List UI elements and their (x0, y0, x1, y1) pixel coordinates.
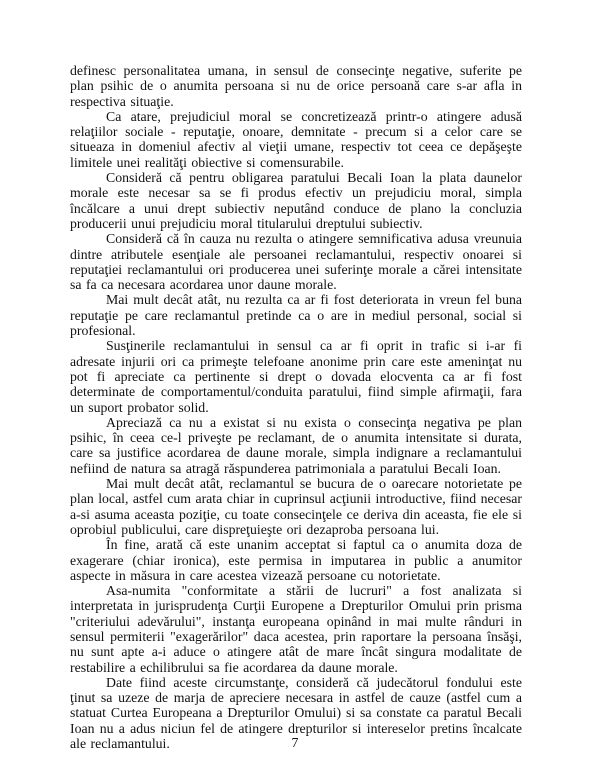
document-page: definesc personalitatea umana, in sensul… (0, 0, 590, 764)
text-block: definesc personalitatea umana, in sensul… (70, 63, 522, 751)
paragraph: Ca atare, prejudiciul moral se concretiz… (70, 109, 522, 170)
paragraph: Consideră că în cauza nu rezulta o ating… (70, 231, 522, 292)
page-number: 7 (0, 735, 590, 751)
paragraph: Mai mult decât atât, reclamantul se bucu… (70, 476, 522, 537)
paragraph: Apreciază ca nu a existat si nu exista o… (70, 415, 522, 476)
paragraph: Mai mult decât atât, nu rezulta ca ar fi… (70, 292, 522, 338)
paragraph: În fine, arată că este unanim acceptat s… (70, 537, 522, 583)
paragraph: Susţinerile reclamantului in sensul ca a… (70, 338, 522, 414)
paragraph: definesc personalitatea umana, in sensul… (70, 63, 522, 109)
paragraph: Consideră că pentru obligarea paratului … (70, 170, 522, 231)
paragraph: Asa-numita "conformitate a stării de luc… (70, 583, 522, 675)
